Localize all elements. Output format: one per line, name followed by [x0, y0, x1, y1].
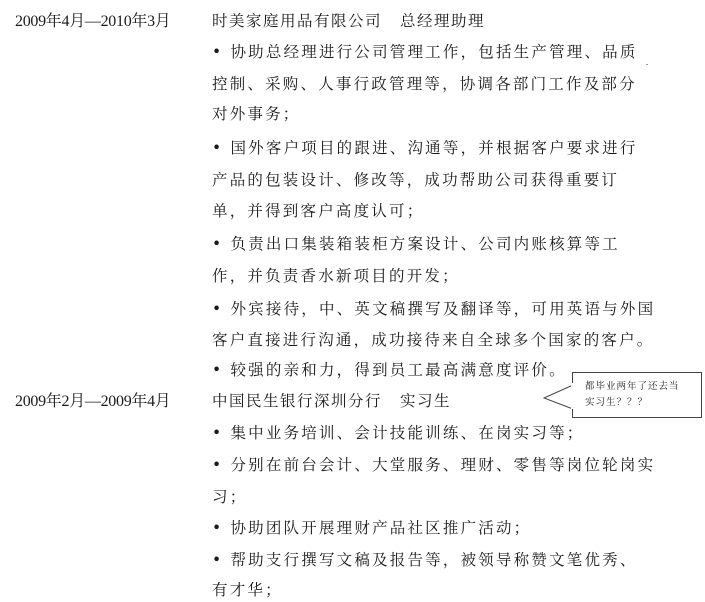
entry-1-line: • 负责出口集装箱装柜方案设计、公司内账核算等工: [212, 232, 620, 254]
callout-tail-mask: [571, 383, 574, 409]
entry-2-line: • 分别在前台会计、大堂服务、理财、零售等岗位轮岗实: [212, 453, 655, 475]
entry-2-company: 中国民生银行深圳分行: [212, 392, 382, 410]
entry-2-line: • 帮助支行撰写文稿及报告等，被领导称赞文笔优秀、: [212, 548, 638, 570]
scan-speck: [646, 64, 648, 65]
annotation-callout: 都毕业两年了还去当 实习生？？？: [572, 372, 702, 418]
entry-1-line: 控制、采购、人事行政管理等，协调各部门工作及部分: [212, 72, 637, 94]
entry-2-line: 习；: [212, 485, 247, 507]
entry-1-heading: 时美家庭用品有限公司总经理助理: [212, 9, 485, 31]
entry-1-line: 客户直接进行沟通，成功接待来自全球多个国家的客户。: [212, 328, 655, 350]
entry-2-line: • 集中业务培训、会计技能训练、在岗实习等；: [212, 421, 584, 443]
entry-2-line: 有才华；: [212, 578, 283, 600]
entry-1-line: • 外宾接待，中、英文稿撰写及翻译等，可用英语与外国: [212, 297, 655, 319]
entry-1-date: 2009年4月—2010年3月: [15, 8, 171, 31]
entry-1-role: 总经理助理: [400, 12, 485, 30]
entry-1-company: 时美家庭用品有限公司: [212, 12, 382, 30]
entry-2-role: 实习生: [400, 392, 451, 410]
entry-1-line: • 较强的亲和力，得到员工最高满意度评价。: [212, 358, 567, 380]
entry-1-line: 作，并负责香水新项目的开发；: [212, 264, 460, 286]
entry-1-line: 单，并得到客户高度认可；: [212, 199, 424, 221]
entry-1-line: • 协助总经理进行公司管理工作，包括生产管理、品质: [212, 40, 638, 62]
entry-2-date: 2009年2月—2009年4月: [15, 388, 171, 411]
entry-1-line: 对外事务；: [212, 102, 301, 124]
entry-1-line: • 国外客户项目的跟进、沟通等，并根据客户要求进行: [212, 136, 638, 158]
entry-2-heading: 中国民生银行深圳分行实习生: [212, 389, 451, 411]
callout-text-line-1: 都毕业两年了还去当: [585, 379, 701, 395]
callout-text-line-2: 实习生？？？: [585, 395, 701, 411]
entry-1-line: 产品的包装设计、修改等，成功帮助公司获得重要订: [212, 168, 619, 190]
entry-2-line: • 协助团队开展理财产品社区推广活动；: [212, 516, 531, 538]
